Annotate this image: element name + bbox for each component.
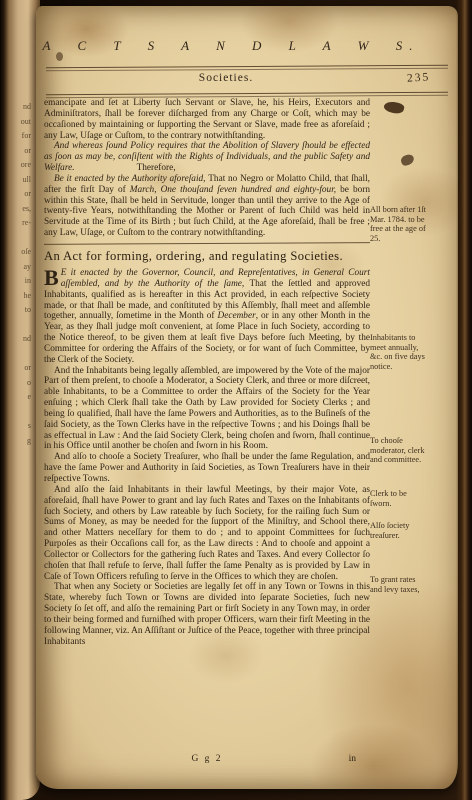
- book-page: A C T S A N D L A W S. Societies. 235 em…: [36, 6, 458, 789]
- book-fore-edge: [456, 0, 472, 800]
- paragraph-treasurer: And alſo to chooſe a Society Treaſurer, …: [44, 452, 370, 485]
- signature-mark: G g 2: [191, 754, 222, 764]
- body-text-column: emancipate and ſet at Liberty ſuch Serva…: [44, 98, 370, 648]
- paragraph-rates-and-taxes: And alſo the ſaid Inhabitants in their l…: [44, 485, 370, 583]
- margin-note-clerk-sworn: Clerk to be ſworn.: [370, 489, 428, 508]
- paragraph-abolition-preamble: And whereas ſound Policy requires that t…: [44, 141, 370, 174]
- page-footer: G g 2 in: [44, 754, 370, 764]
- margin-note-society-treasurer: Alſo ſociety treaſurer.: [370, 521, 428, 540]
- margin-note-annual-meeting: Inhabitants to meet annually, &c. on fiv…: [370, 333, 428, 371]
- running-title: A C T S A N D L A W S.: [36, 38, 426, 54]
- paragraph-choose-officers: And the Inhabitants being legally aſſemb…: [44, 366, 370, 453]
- paragraph-servant-discharge: emancipate and ſet at Liberty ſuch Serva…: [44, 98, 370, 141]
- paragraph-act-enacting-clause: BE it enacted by the Governor, Council, …: [44, 268, 370, 366]
- ink-stain: [400, 153, 415, 167]
- header-rule: [46, 68, 448, 71]
- act-heading: An Act for forming, ordering, and regula…: [44, 249, 370, 264]
- catchword: in: [349, 754, 356, 764]
- paragraph-societies-set-off: That when any Society or Societies are l…: [44, 582, 370, 647]
- margin-note-grant-rates: To grant rates and levy taxes,: [370, 575, 428, 594]
- paragraph-enacting-clause-slavery: Be it enacted by the Authority aforeſaid…: [44, 174, 370, 239]
- section-title: Societies.: [36, 72, 416, 84]
- margin-note-born-after-1784: All born after 1ſt Mar. 1784. to be free…: [370, 205, 428, 243]
- facing-page-text-fragments: nd out for or ore ull or es, re- oſe ay …: [5, 100, 31, 448]
- facing-page-edge: nd out for or ore ull or es, re- oſe ay …: [0, 0, 40, 800]
- margin-note-choose-moderator: To chooſe moderator, clerk and committee…: [370, 436, 428, 465]
- page-number: 235: [406, 71, 430, 85]
- ink-stain: [383, 100, 405, 116]
- section-divider-rule: [44, 242, 370, 245]
